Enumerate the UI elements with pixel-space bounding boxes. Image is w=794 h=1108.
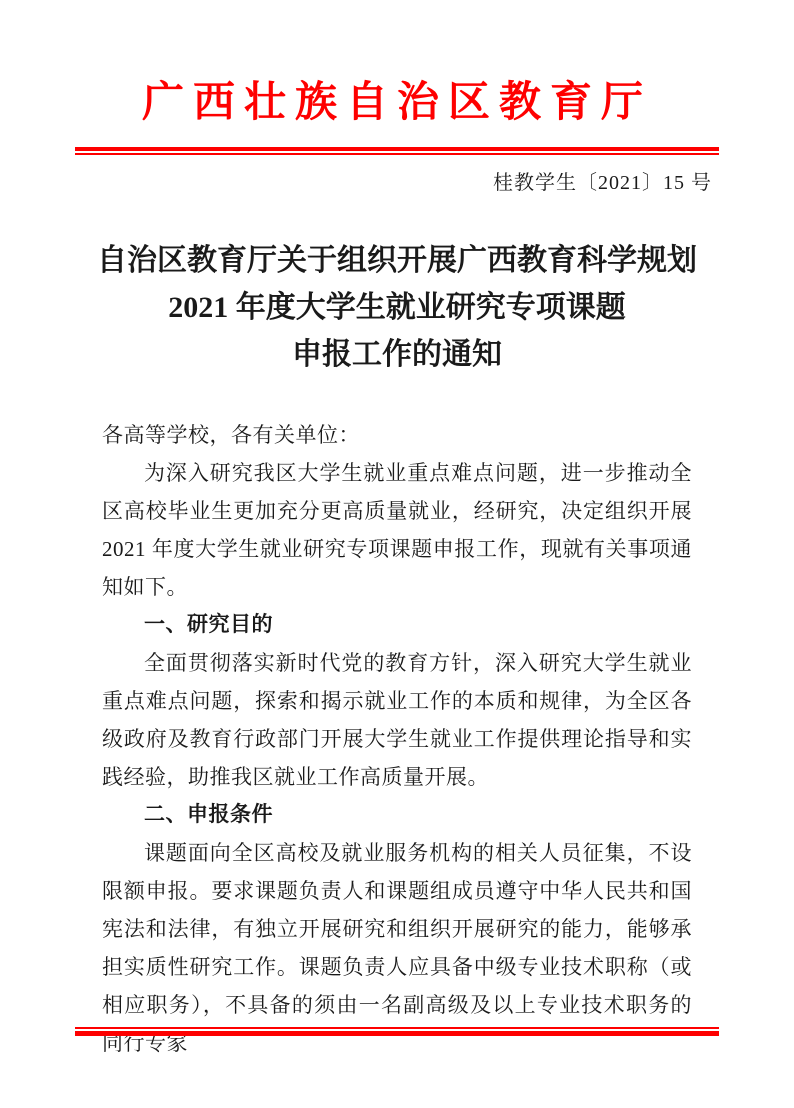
title-line-3: 申报工作的通知 <box>0 331 794 378</box>
section-heading-research-purpose: 一、研究目的 <box>102 606 692 644</box>
footer-divider <box>75 1027 719 1036</box>
section-heading-application-conditions: 二、申报条件 <box>102 796 692 834</box>
document-body: 各高等学校，各有关单位： 为深入研究我区大学生就业重点难点问题，进一步推动全区高… <box>102 416 692 1062</box>
title-line-2: 2021 年度大学生就业研究专项课题 <box>0 284 794 331</box>
paragraph-intro: 为深入研究我区大学生就业重点难点问题，进一步推动全区高校毕业生更加充分更高质量就… <box>102 454 692 606</box>
title-line-1: 自治区教育厅关于组织开展广西教育科学规划 <box>0 237 794 284</box>
agency-letterhead: 广西壮族自治区教育厅 <box>0 0 794 130</box>
document-page: 广西壮族自治区教育厅 桂教学生〔2021〕15 号 自治区教育厅关于组织开展广西… <box>0 0 794 1108</box>
header-divider <box>75 147 719 155</box>
footer-divider-thick-line <box>75 1031 719 1036</box>
document-title: 自治区教育厅关于组织开展广西教育科学规划 2021 年度大学生就业研究专项课题 … <box>0 237 794 378</box>
header-divider-thin-line <box>75 153 719 155</box>
document-number: 桂教学生〔2021〕15 号 <box>82 169 712 197</box>
salutation: 各高等学校，各有关单位： <box>102 416 692 454</box>
paragraph-research-purpose: 全面贯彻落实新时代党的教育方针，深入研究大学生就业重点难点问题，探索和揭示就业工… <box>102 644 692 796</box>
